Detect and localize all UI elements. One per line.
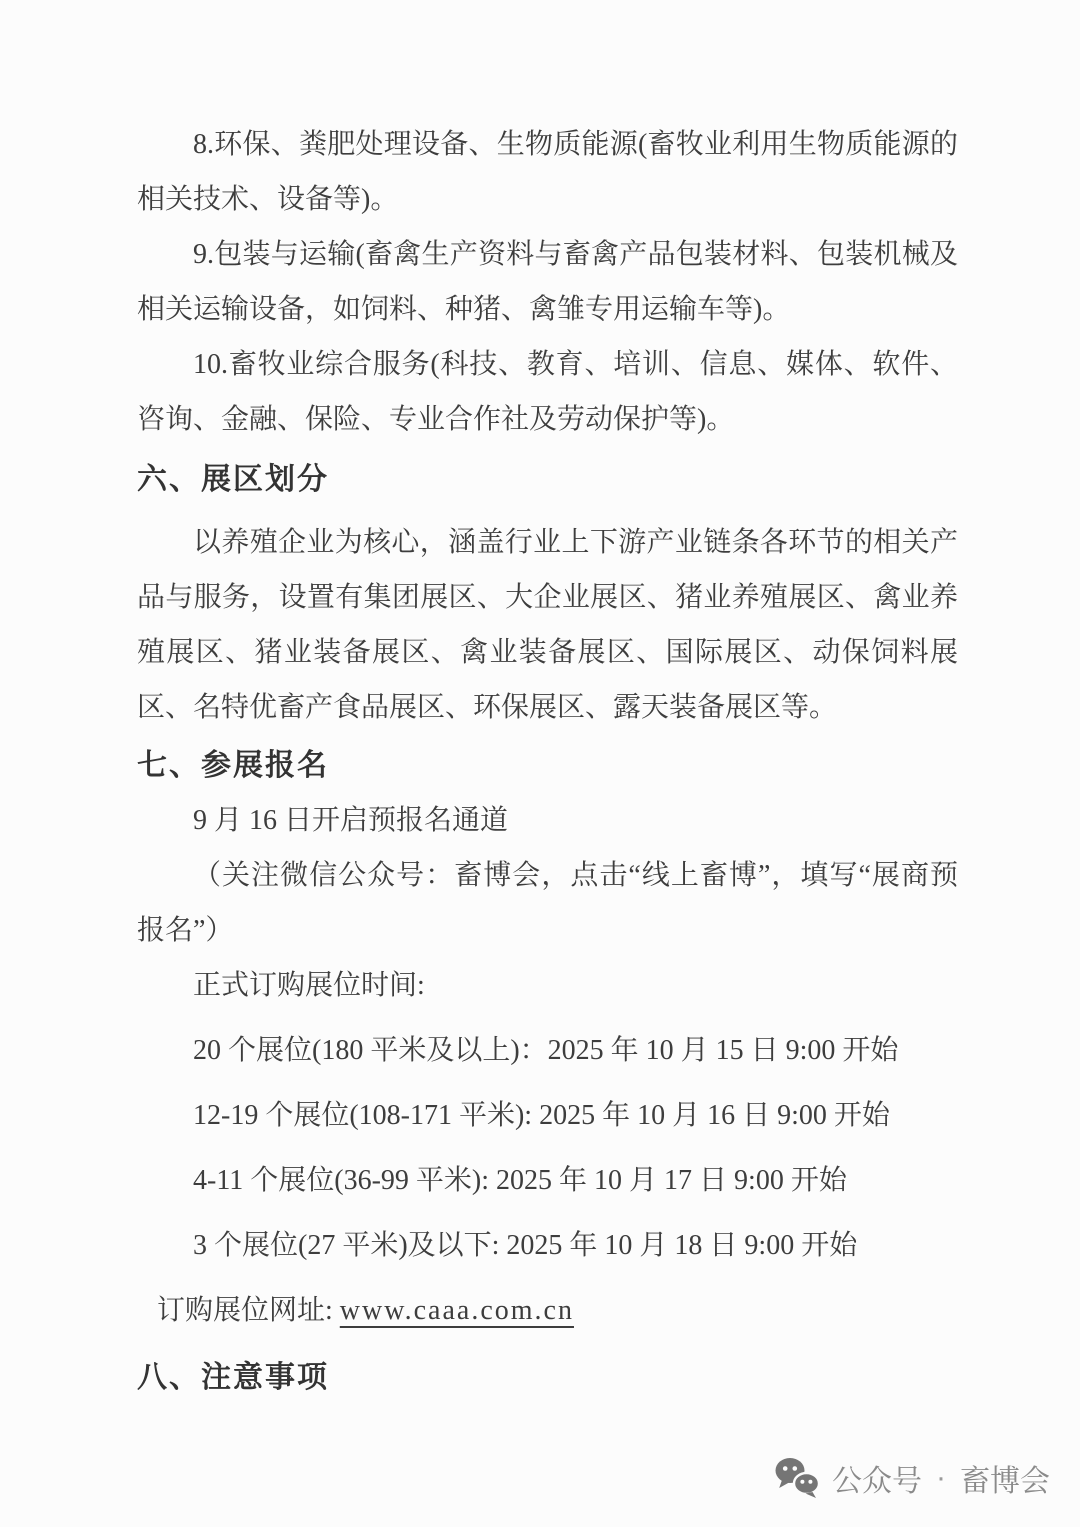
section-heading-zones: 六、展区划分 [137,452,958,507]
schedule-line-3-booths: 3 个展位(27 平米)及以下: 2025 年 10 月 18 日 9:00 开… [137,1218,958,1273]
footer-account-label: 公众号 [832,1456,922,1500]
document-page: 8.环保、粪肥处理设备、生物质能源(畜牧业利用生物质能源的相关技术、设备等)。 … [0,0,1080,1527]
document-body: 8.环保、粪肥处理设备、生物质能源(畜牧业利用生物质能源的相关技术、设备等)。 … [137,117,958,1405]
section-heading-registration: 七、参展报名 [137,738,958,793]
preregistration-line: 9 月 16 日开启预报名通道 [137,793,958,848]
schedule-line-12-19-booths: 12-19 个展位(108-171 平米): 2025 年 10 月 16 日 … [137,1088,958,1143]
booking-url-link[interactable]: www.caaa.com.cn [340,1295,574,1326]
schedule-line-4-11-booths: 4-11 个展位(36-99 平米): 2025 年 10 月 17 日 9:0… [137,1153,958,1208]
catalog-item-9: 9.包装与运输(畜禽生产资料与畜禽产品包装材料、包装机械及相关运输设备，如饲料、… [137,227,958,337]
section-heading-notes: 八、注意事项 [137,1350,958,1405]
booking-url-label: 订购展位网址: [157,1295,340,1326]
footer-account-name: 畜博会 [960,1456,1050,1500]
wechat-note-line: （关注微信公众号：畜博会，点击“线上畜博”，填写“展商预报名”） [137,848,958,958]
wechat-account-watermark: 公众号·畜博会 [774,1450,1050,1506]
booking-time-label: 正式订购展位时间: [137,958,958,1013]
booking-url-line: 订购展位网址: www.caaa.com.cn [137,1283,958,1338]
catalog-item-8: 8.环保、粪肥处理设备、生物质能源(畜牧业利用生物质能源的相关技术、设备等)。 [137,117,958,227]
schedule-line-20-booths: 20 个展位(180 平米及以上)：2025 年 10 月 15 日 9:00 … [137,1023,958,1078]
zones-paragraph: 以养殖企业为核心，涵盖行业上下游产业链条各环节的相关产品与服务，设置有集团展区、… [137,515,958,735]
catalog-item-10: 10.畜牧业综合服务(科技、教育、培训、信息、媒体、软件、咨询、金融、保险、专业… [137,337,958,447]
footer-separator: · [936,1461,946,1495]
wechat-icon [774,1457,820,1499]
